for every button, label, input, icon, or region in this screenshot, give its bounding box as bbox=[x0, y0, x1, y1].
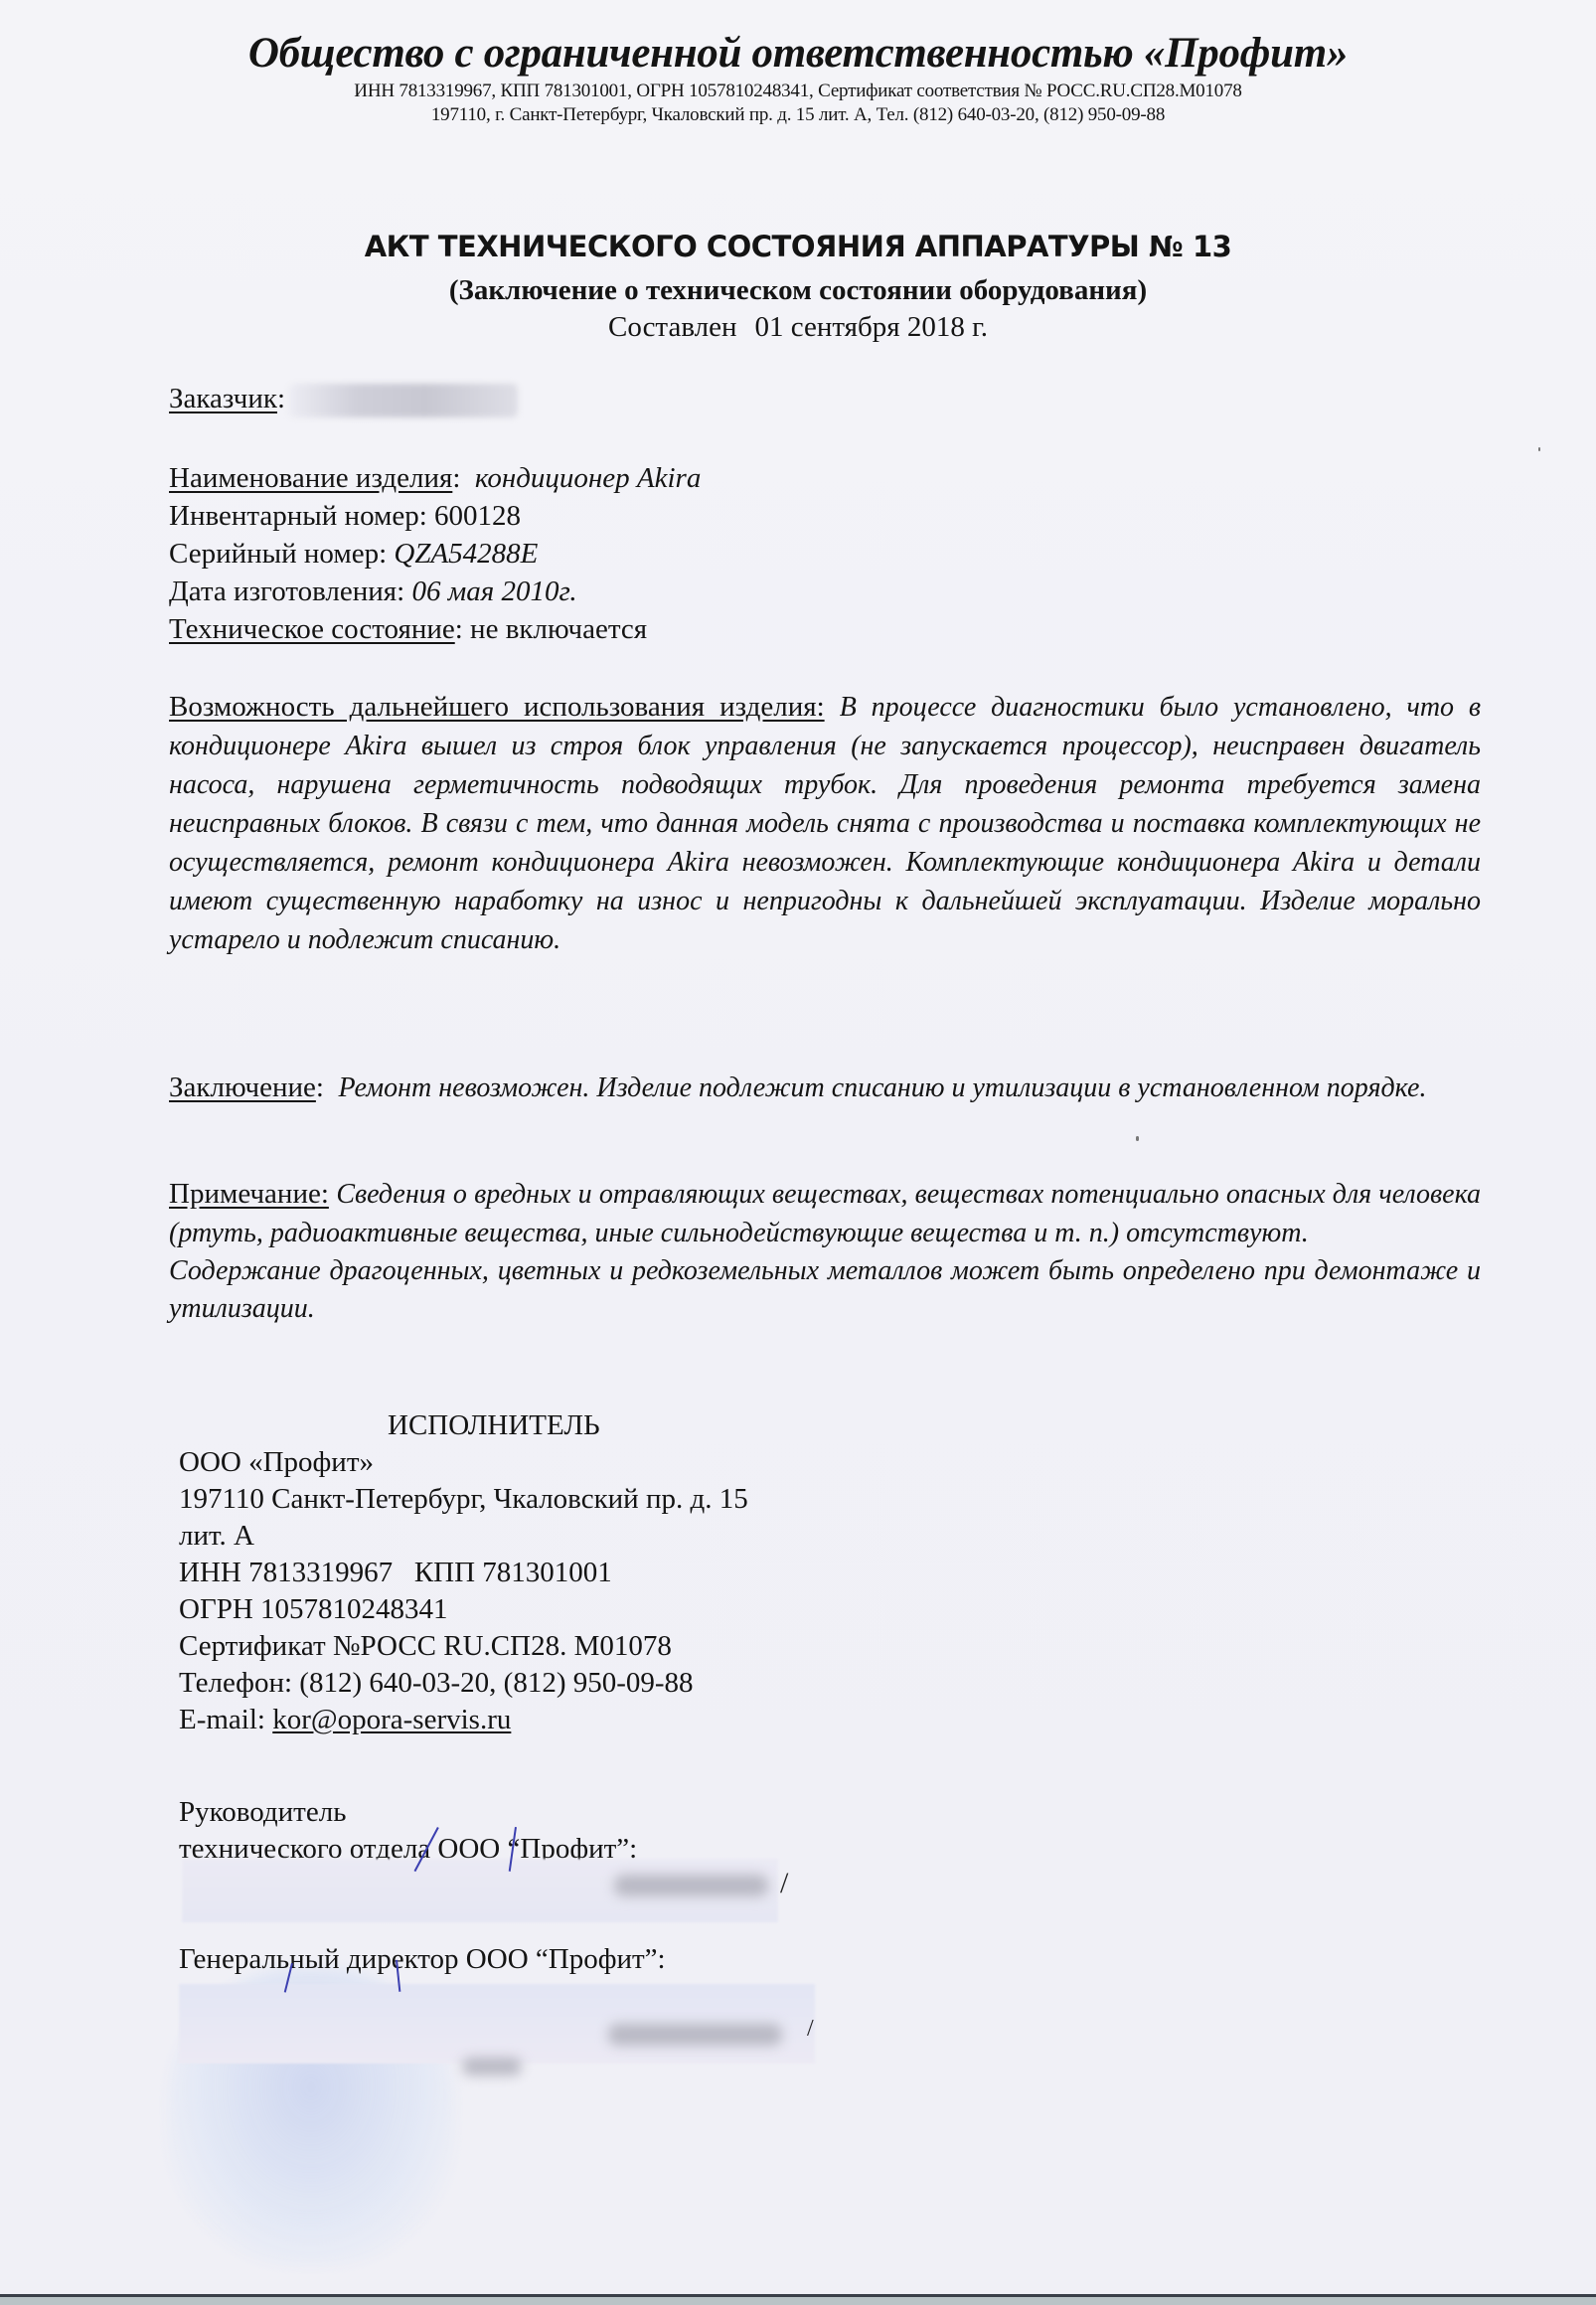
scan-speck bbox=[1136, 1136, 1139, 1141]
letterhead: Общество с ограниченной ответственностью… bbox=[0, 28, 1596, 127]
executor-heading: ИСПОЛНИТЕЛЬ bbox=[179, 1407, 748, 1444]
condition-line: Техническое состояние: не включается bbox=[169, 610, 1481, 648]
note-text-2: Содержание драгоценных, цветных и редкоз… bbox=[169, 1252, 1481, 1328]
tech-head-signature: Руководитель технического отдела ООО “Пр… bbox=[179, 1794, 637, 1868]
executor-block: ИСПОЛНИТЕЛЬ ООО «Профит» 197110 Санкт-Пе… bbox=[179, 1407, 748, 1738]
item-name-label: Наименование изделия bbox=[169, 462, 452, 494]
condition-label: Техническое состояние bbox=[169, 613, 455, 645]
company-requisites: ИНН 7813319967, КПП 781301001, ОГРН 1057… bbox=[0, 80, 1596, 103]
item-name-value: кондиционер Akira bbox=[475, 462, 701, 494]
director-title: Генеральный директор ООО “Профит”: bbox=[179, 1941, 666, 1978]
conclusion-text: Ремонт невозможен. Изделие подлежит спис… bbox=[338, 1072, 1426, 1103]
item-info: Наименование изделия: кондиционер Akira … bbox=[169, 459, 1481, 648]
manufacture-value: 06 мая 2010г. bbox=[411, 576, 576, 607]
scanner-strip bbox=[0, 2297, 1596, 2305]
tech-head-name-redacted bbox=[614, 1875, 768, 1896]
item-name-line: Наименование изделия: кондиционер Akira bbox=[169, 459, 1481, 497]
document-date: Составлен01 сентября 2018 г. bbox=[0, 310, 1596, 344]
usability-label: Возможность дальнейшего использования из… bbox=[169, 691, 825, 723]
document-title: АКТ ТЕХНИЧЕСКОГО СОСТОЯНИЯ АППАРАТУРЫ № … bbox=[0, 227, 1596, 266]
document-header: АКТ ТЕХНИЧЕСКОГО СОСТОЯНИЯ АППАРАТУРЫ № … bbox=[0, 227, 1596, 344]
executor-line: Сертификат №РОСС RU.СП28. М01078 bbox=[179, 1628, 748, 1665]
date-value: 01 сентября 2018 г. bbox=[755, 311, 988, 343]
company-name: Общество с ограниченной ответственностью… bbox=[0, 28, 1596, 80]
inventory-line: Инвентарный номер: 600128 bbox=[169, 497, 1481, 535]
manufacture-label: Дата изготовления: bbox=[169, 576, 404, 607]
document-subtitle: (Заключение о техническом состоянии обор… bbox=[0, 270, 1596, 310]
scan-speck bbox=[1538, 447, 1540, 451]
tech-head-title-1: Руководитель bbox=[179, 1794, 637, 1831]
director-signature: Генеральный директор ООО “Профит”: bbox=[179, 1941, 666, 1978]
conclusion-section: Заключение: Ремонт невозможен. Изделие п… bbox=[169, 1069, 1481, 1107]
usability-text: В процессе диагностики было установлено,… bbox=[169, 692, 1481, 955]
director-name-redacted bbox=[608, 2024, 782, 2046]
email-label: E-mail: bbox=[179, 1704, 265, 1735]
note-label: Примечание: bbox=[169, 1178, 329, 1210]
condition-value: не включается bbox=[470, 613, 647, 645]
executor-line: Телефон: (812) 640-03-20, (812) 950-09-8… bbox=[179, 1665, 748, 1702]
executor-line: лит. А bbox=[179, 1518, 748, 1555]
usability-section: Возможность дальнейшего использования из… bbox=[169, 688, 1481, 959]
executor-line: ИНН 7813319967 КПП 781301001 bbox=[179, 1555, 748, 1591]
manufacture-line: Дата изготовления: 06 мая 2010г. bbox=[169, 573, 1481, 610]
note-text: Сведения о вредных и отравляющих веществ… bbox=[169, 1179, 1481, 1248]
customer-label: Заказчик bbox=[169, 383, 277, 414]
conclusion-label: Заключение bbox=[169, 1071, 316, 1103]
serial-label: Серийный номер: bbox=[169, 538, 387, 570]
executor-line: 197110 Санкт-Петербург, Чкаловский пр. д… bbox=[179, 1481, 748, 1518]
executor-email-line: E-mail: kor@opora-servis.ru bbox=[179, 1702, 748, 1738]
note-section: Примечание: Сведения о вредных и отравля… bbox=[169, 1175, 1481, 1328]
executor-line: ОГРН 1057810248341 bbox=[179, 1591, 748, 1628]
executor-line: ООО «Профит» bbox=[179, 1444, 748, 1481]
customer-redacted bbox=[289, 384, 518, 417]
tech-head-sign-end: / bbox=[780, 1867, 788, 1900]
serial-line: Серийный номер: QZA54288E bbox=[169, 535, 1481, 573]
customer-line: Заказчик: bbox=[169, 380, 1481, 417]
date-label: Составлен bbox=[608, 311, 737, 343]
inventory-label: Инвентарный номер: bbox=[169, 500, 427, 532]
director-sign-end: / bbox=[807, 2016, 814, 2043]
director-initials-redacted bbox=[462, 2058, 522, 2075]
email-link[interactable]: kor@opora-servis.ru bbox=[272, 1704, 511, 1735]
inventory-value: 600128 bbox=[434, 500, 521, 532]
serial-value: QZA54288E bbox=[394, 538, 538, 570]
company-address: 197110, г. Санкт-Петербург, Чкаловский п… bbox=[0, 103, 1596, 127]
document-page: Общество с ограниченной ответственностью… bbox=[0, 0, 1596, 2294]
